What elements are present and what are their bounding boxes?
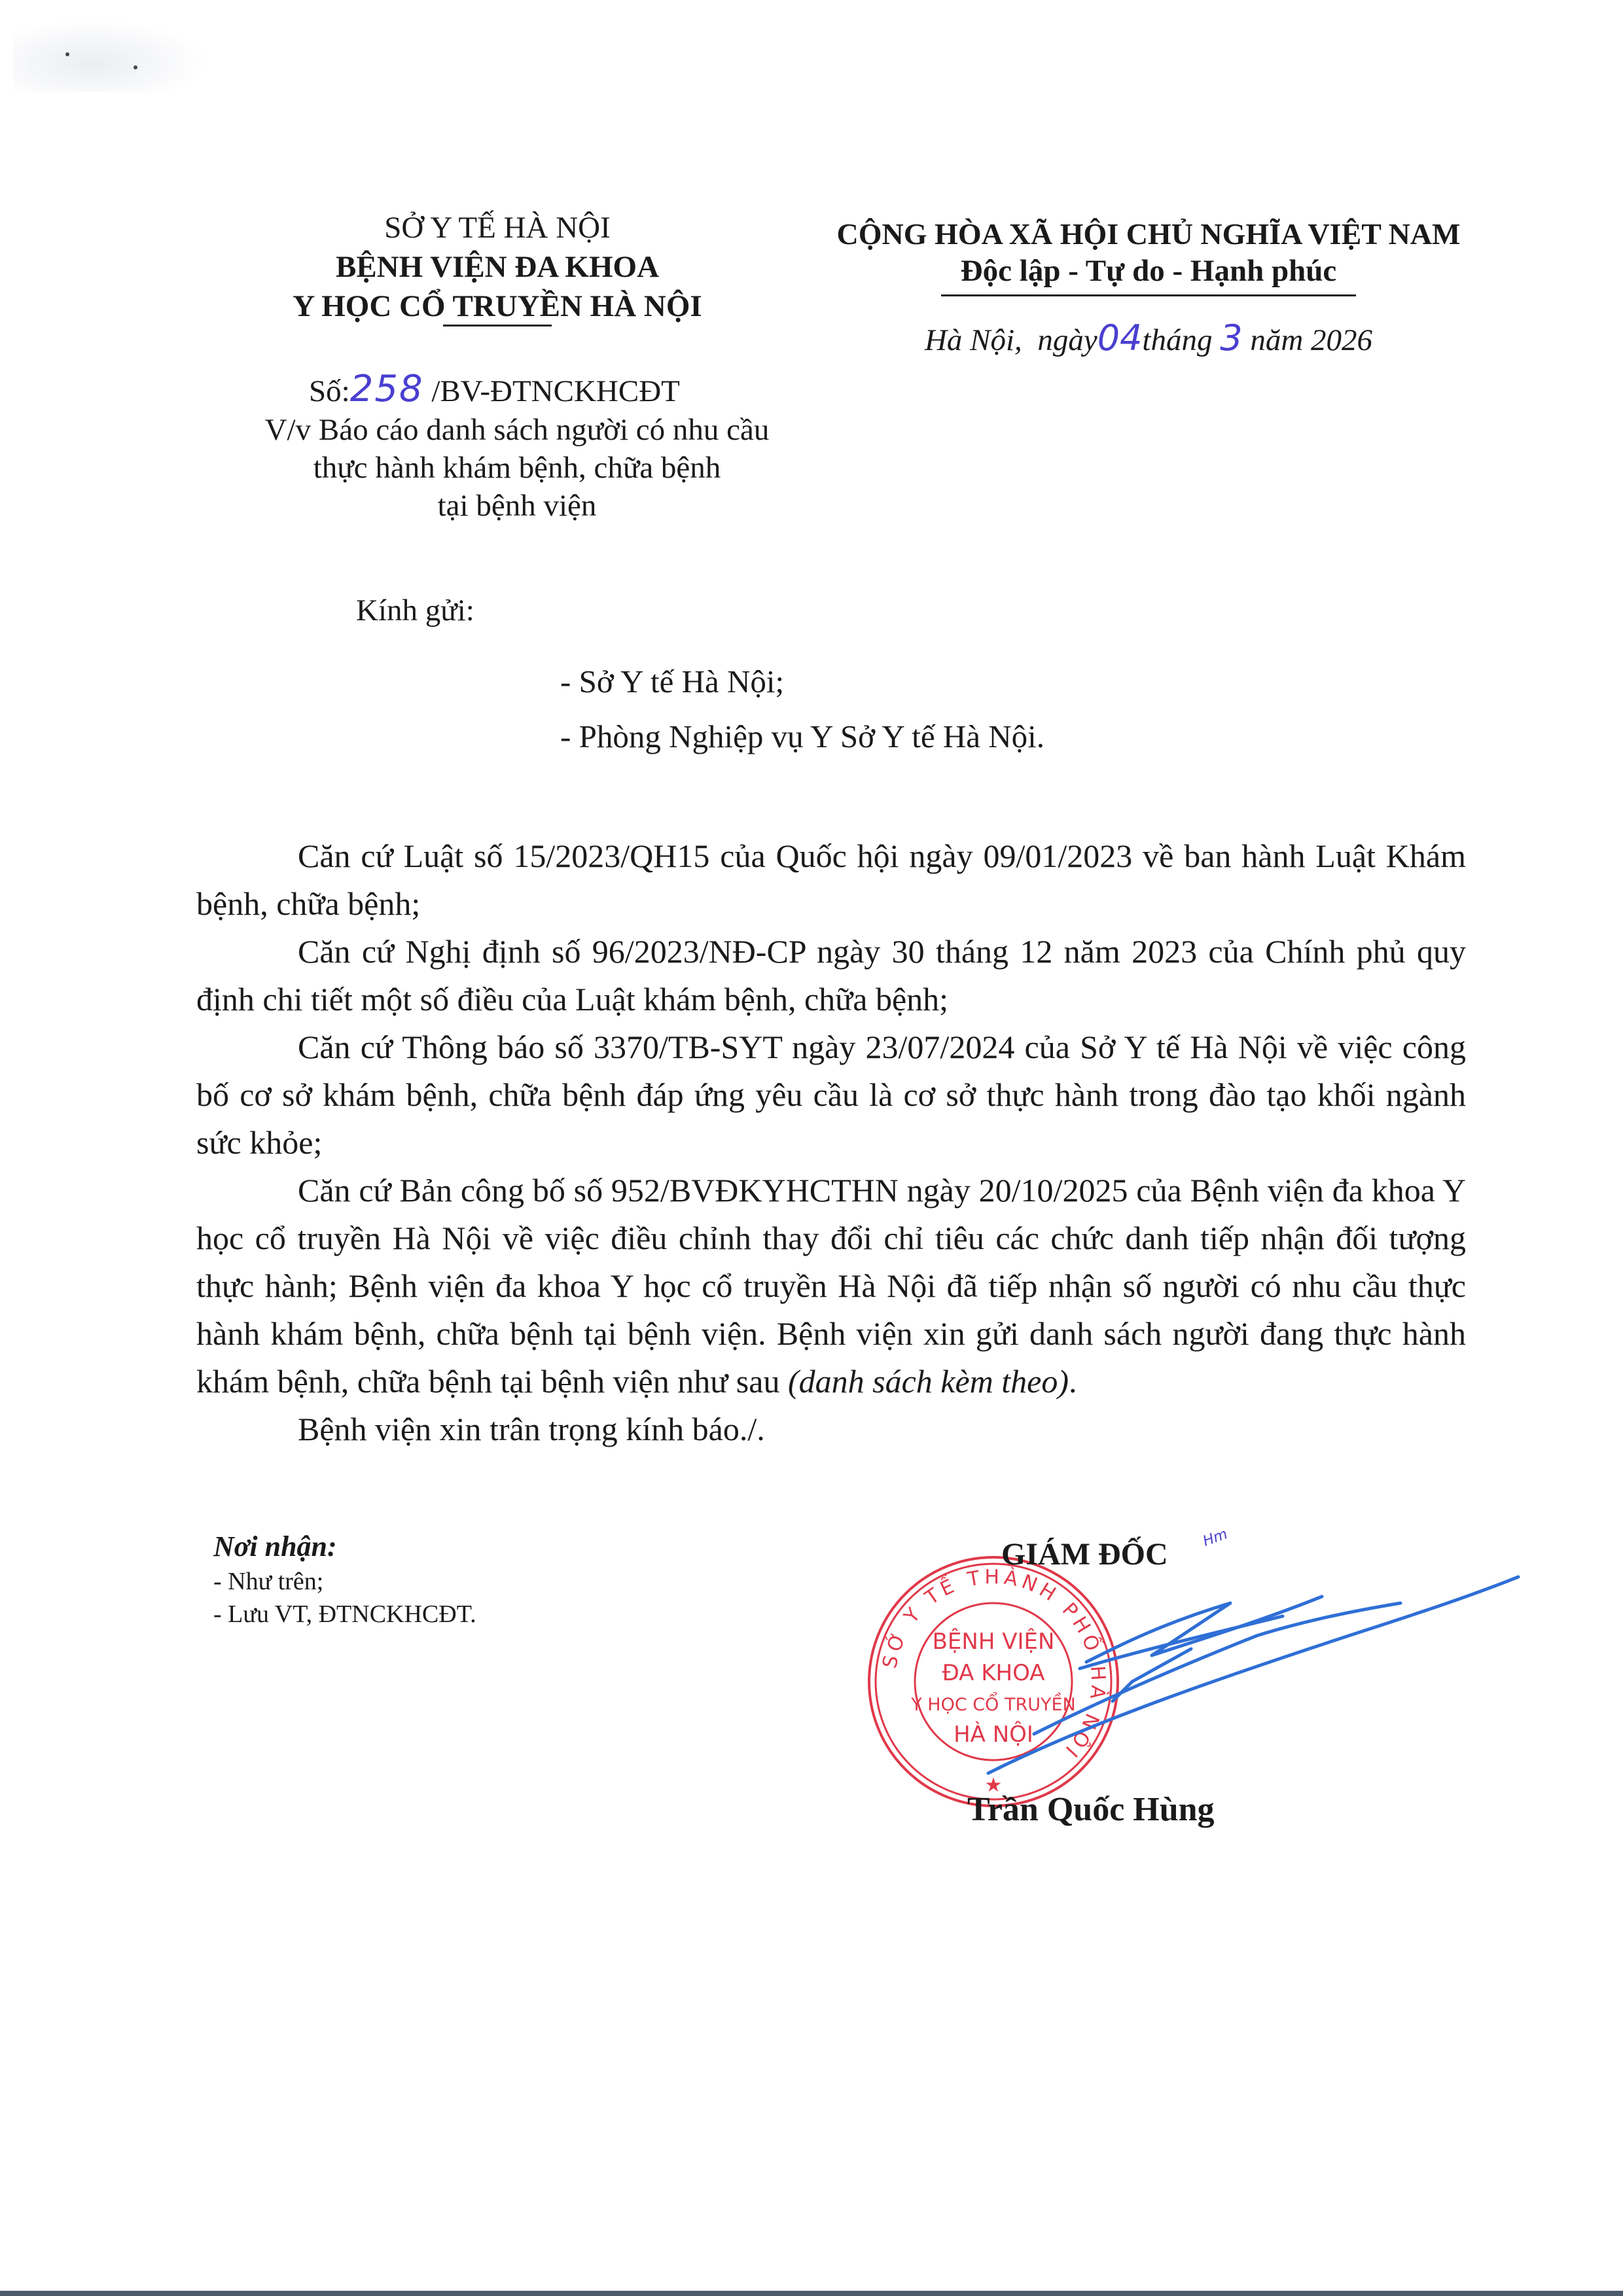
distribution-title: Nơi nhận: bbox=[213, 1528, 476, 1565]
issuer-org-line2: Y HỌC CỔ TRUYỀN HÀ NỘI bbox=[249, 287, 746, 326]
document-number: Số:258 /BV-ĐTNCKHCĐT bbox=[309, 368, 680, 410]
date-year: 2026 bbox=[1311, 323, 1372, 357]
scan-edge bbox=[0, 2291, 1623, 2296]
salutation-label: Kính gửi: bbox=[356, 593, 474, 628]
scan-smudge bbox=[13, 20, 209, 92]
distribution-item: - Như trên; bbox=[213, 1565, 476, 1598]
issuer-org-line1: BỆNH VIỆN ĐA KHOA bbox=[249, 247, 746, 287]
document-subject: V/v Báo cáo danh sách người có nhu cầu t… bbox=[249, 411, 785, 525]
subject-line: tại bệnh viện bbox=[249, 487, 785, 525]
national-header: CỘNG HÒA XÃ HỘI CHỦ NGHĨA VIỆT NAM Độc l… bbox=[811, 216, 1486, 360]
body-paragraph: Căn cứ Thông báo số 3370/TB-SYT ngày 23/… bbox=[196, 1023, 1466, 1167]
addressee-item: - Sở Y tế Hà Nội; bbox=[560, 654, 1044, 709]
addressee-list: - Sở Y tế Hà Nội; - Phòng Nghiệp vụ Y Sở… bbox=[560, 654, 1044, 764]
subject-line: V/v Báo cáo danh sách người có nhu cầu bbox=[249, 411, 785, 449]
date-day-label: ngày bbox=[1037, 323, 1097, 357]
scan-dot bbox=[134, 65, 137, 69]
motto-underline bbox=[941, 294, 1356, 296]
initials-mark: Hm bbox=[1201, 1526, 1230, 1549]
scan-dot bbox=[65, 52, 69, 56]
signer-name: Trần Quốc Hùng bbox=[967, 1790, 1215, 1829]
date-day: 04 bbox=[1097, 317, 1143, 359]
body-paragraph-end: . bbox=[1069, 1363, 1077, 1400]
attachment-note: (danh sách kèm theo) bbox=[788, 1363, 1069, 1400]
addressee-item: - Phòng Nghiệp vụ Y Sở Y tế Hà Nội. bbox=[560, 709, 1044, 764]
issuer-agency: SỞ Y TẾ HÀ NỘI bbox=[249, 208, 746, 247]
distribution-item: - Lưu VT, ĐTNCKHCĐT. bbox=[213, 1598, 476, 1631]
distribution-list: Nơi nhận: - Như trên; - Lưu VT, ĐTNCKHCĐ… bbox=[213, 1528, 476, 1631]
document-number-value: 258 bbox=[350, 368, 424, 410]
document-number-suffix: /BV-ĐTNCKHCĐT bbox=[431, 374, 680, 408]
body-paragraph: Căn cứ Nghị định số 96/2023/NĐ-CP ngày 3… bbox=[196, 928, 1466, 1023]
date-month-label: tháng bbox=[1142, 323, 1212, 357]
date-place: Hà Nội, bbox=[925, 323, 1022, 357]
body-paragraph: Căn cứ Luật số 15/2023/QH15 của Quốc hội… bbox=[196, 832, 1466, 928]
handwritten-signature bbox=[916, 1557, 1531, 1793]
date-year-label: năm bbox=[1250, 323, 1303, 357]
body-paragraph: Căn cứ Bản công bố số 952/BVĐKYHCTHN ngà… bbox=[196, 1167, 1466, 1405]
document-number-label: Số: bbox=[309, 374, 350, 408]
subject-line: thực hành khám bệnh, chữa bệnh bbox=[249, 449, 785, 487]
nation-name: CỘNG HÒA XÃ HỘI CHỦ NGHĨA VIỆT NAM bbox=[811, 216, 1486, 253]
closing-line: Bệnh viện xin trân trọng kính báo./. bbox=[196, 1405, 1466, 1453]
national-motto: Độc lập - Tự do - Hạnh phúc bbox=[811, 253, 1486, 289]
document-date: Hà Nội, ngày04tháng 3 năm 2026 bbox=[811, 319, 1486, 360]
issuer-header: SỞ Y TẾ HÀ NỘI BỆNH VIỆN ĐA KHOA Y HỌC C… bbox=[249, 208, 746, 327]
date-month: 3 bbox=[1220, 317, 1242, 359]
letter-body: Căn cứ Luật số 15/2023/QH15 của Quốc hội… bbox=[196, 832, 1466, 1453]
